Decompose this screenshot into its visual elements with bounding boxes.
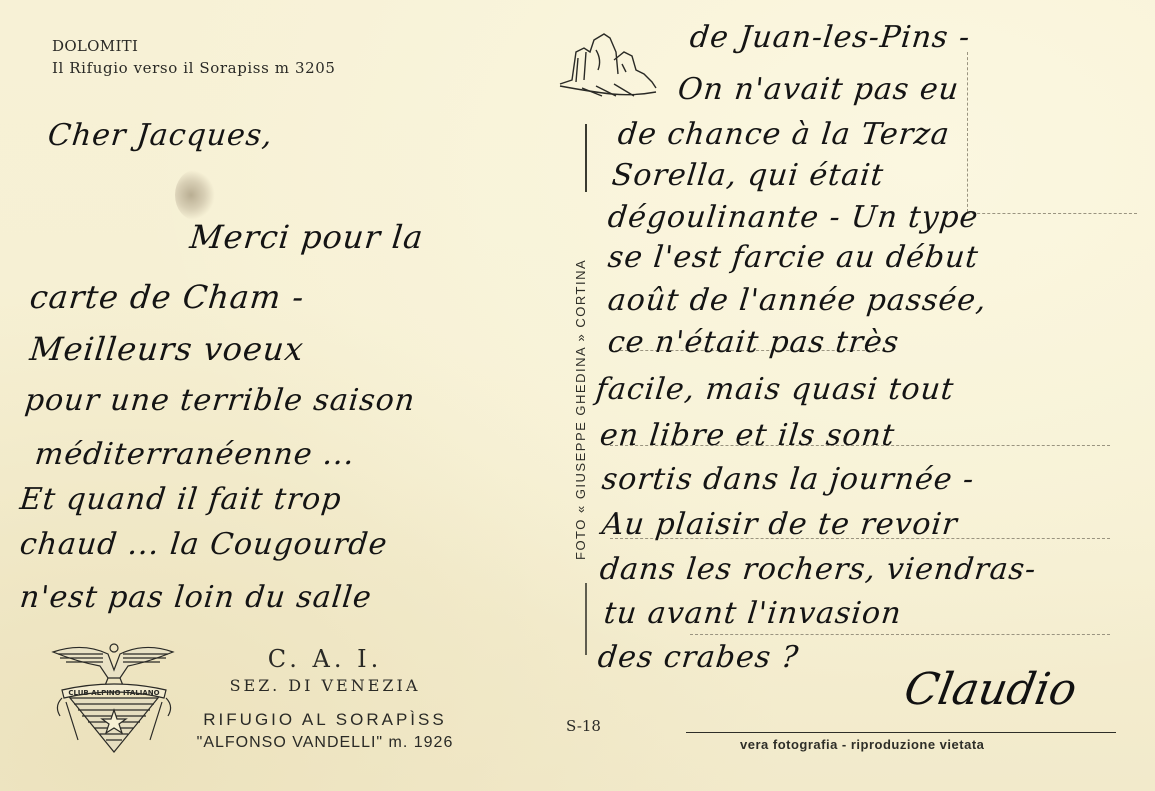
address-line: [690, 634, 1110, 635]
handwritten-line: chaud ... la Cougourde: [18, 527, 389, 562]
handwritten-line: en libre et ils sont: [598, 418, 897, 453]
imprint-cai: C. A. I.: [175, 645, 475, 673]
svg-text:CLUB ALPINO ITALIANO: CLUB ALPINO ITALIANO: [68, 689, 159, 697]
handwritten-line: dans les rochers, viendras-: [598, 552, 1038, 587]
handwritten-line: Cher Jacques,: [46, 118, 275, 153]
postcard: DOLOMITI Il Rifugio verso il Sorapiss m …: [0, 0, 1155, 791]
three-peaks-icon: [552, 30, 662, 110]
handwritten-line: ce n'était pas très: [606, 325, 901, 360]
handwritten-line: se l'est farcie au début: [606, 240, 980, 275]
footer-rule: [686, 732, 1116, 733]
stamp-box-edge: [967, 52, 968, 212]
handwritten-line: Merci pour la: [188, 218, 425, 256]
footer-note: vera fotografia - riproduzione vietata: [740, 737, 984, 752]
handwritten-line: n'est pas loin du salle: [18, 580, 373, 615]
cai-logo-icon: CLUB ALPINO ITALIANO: [48, 640, 178, 760]
handwritten-line: On n'avait pas eu: [676, 72, 961, 107]
imprint-section: SEZ. DI VENEZIA: [175, 676, 475, 695]
card-code: S-18: [566, 717, 601, 735]
stamp-box-edge: [967, 213, 1137, 214]
handwritten-line: méditerranéenne ...: [33, 437, 356, 472]
handwritten-line: tu avant l'invasion: [602, 596, 903, 631]
postcard-subtitle: Il Rifugio verso il Sorapiss m 3205: [52, 59, 336, 77]
handwritten-line: facile, mais quasi tout: [594, 372, 956, 407]
handwritten-line: Meilleurs voeux: [28, 330, 306, 368]
handwritten-line: de Juan-les-Pins -: [688, 20, 972, 55]
photo-credit: FOTO « GIUSEPPE GHEDINA » CORTINA: [573, 259, 588, 560]
signature: Claudio: [901, 664, 1081, 715]
paper-stain: [175, 170, 215, 220]
handwritten-line: Au plaisir de te revoir: [600, 507, 959, 542]
imprint-rifugio: RIFUGIO AL SORAPÌSS: [175, 710, 475, 730]
imprint-rifugio-name: "ALFONSO VANDELLI" m. 1926: [175, 734, 475, 752]
handwritten-line: août de l'année passée,: [606, 283, 988, 318]
postcard-title: DOLOMITI: [52, 37, 138, 55]
handwritten-line: de chance à la Terza: [616, 117, 952, 152]
handwritten-line: pour une terrible saison: [23, 383, 417, 418]
handwritten-line: des crabes ?: [596, 640, 801, 675]
divider-line: [585, 124, 587, 192]
handwritten-line: Sorella, qui était: [610, 158, 886, 193]
handwritten-line: sortis dans la journée -: [600, 462, 976, 497]
handwritten-line: dégoulinante - Un type: [606, 200, 980, 235]
handwritten-line: Et quand il fait trop: [18, 482, 343, 517]
handwritten-line: carte de Cham -: [28, 278, 306, 316]
divider-line: [585, 583, 587, 655]
